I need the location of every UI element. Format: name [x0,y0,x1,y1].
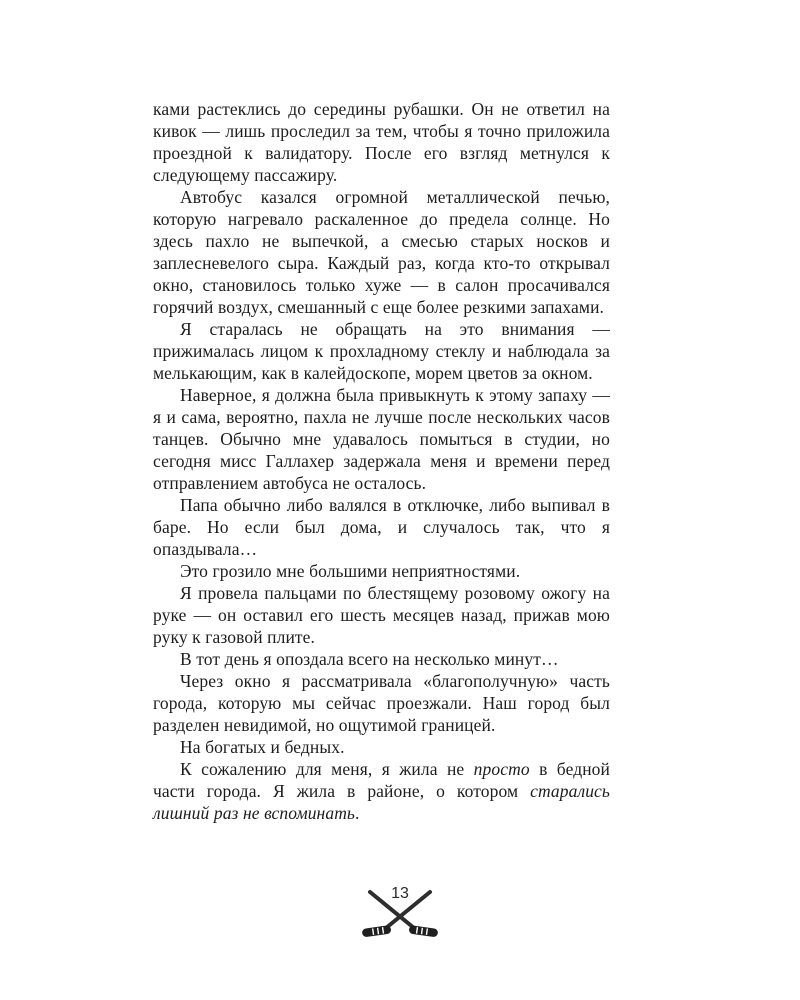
paragraph: Я провела пальцами по блестящему розовом… [153,582,610,648]
paragraph: Через окно я рассматривала «благополучну… [153,670,610,736]
paragraph-text: На богатых и бедных. [180,737,345,757]
paragraph: Папа обычно либо валялся в отключке, либ… [153,494,610,560]
paragraph: К сожалению для меня, я жила не просто в… [153,758,610,824]
paragraph-text: Это грозило мне большими неприятностями. [180,561,520,581]
paragraph: Автобус казался огромной металлической п… [153,186,610,318]
paragraph: Это грозило мне большими неприятностями. [153,560,610,582]
paragraph-text: Через окно я рассматривала «благополучну… [153,671,610,735]
paragraph-text: Я провела пальцами по блестящему розовом… [153,583,610,647]
text-block: ками растеклись до середины рубашки. Он … [153,98,610,824]
paragraph-text: Я старалась не обращать на это внимания … [153,319,610,383]
paragraph: В тот день я опоздала всего на несколько… [153,648,610,670]
paragraph-text: Автобус казался огромной металлической п… [153,187,610,317]
paragraph: Наверное, я должна была привыкнуть к это… [153,384,610,494]
page-number: 13 [391,886,409,902]
paragraph-text: Наверное, я должна была привыкнуть к это… [153,385,610,493]
paragraph-text: ками растеклись до середины рубашки. Он … [153,99,610,185]
book-page: ками растеклись до середины рубашки. Он … [0,0,800,1000]
paragraph-text: К сожалению для меня, я жила не [180,759,474,779]
page-footer: 13 [0,886,800,937]
paragraph-text: Папа обычно либо валялся в отключке, либ… [153,495,610,559]
paragraph: На богатых и бедных. [153,736,610,758]
paragraph-text: В тот день я опоздала всего на несколько… [180,649,559,669]
paragraph-text-italic: просто [474,759,530,779]
paragraph: Я старалась не обращать на это внимания … [153,318,610,384]
paragraph: ками растеклись до середины рубашки. Он … [153,98,610,186]
paragraph-text: . [355,803,359,823]
